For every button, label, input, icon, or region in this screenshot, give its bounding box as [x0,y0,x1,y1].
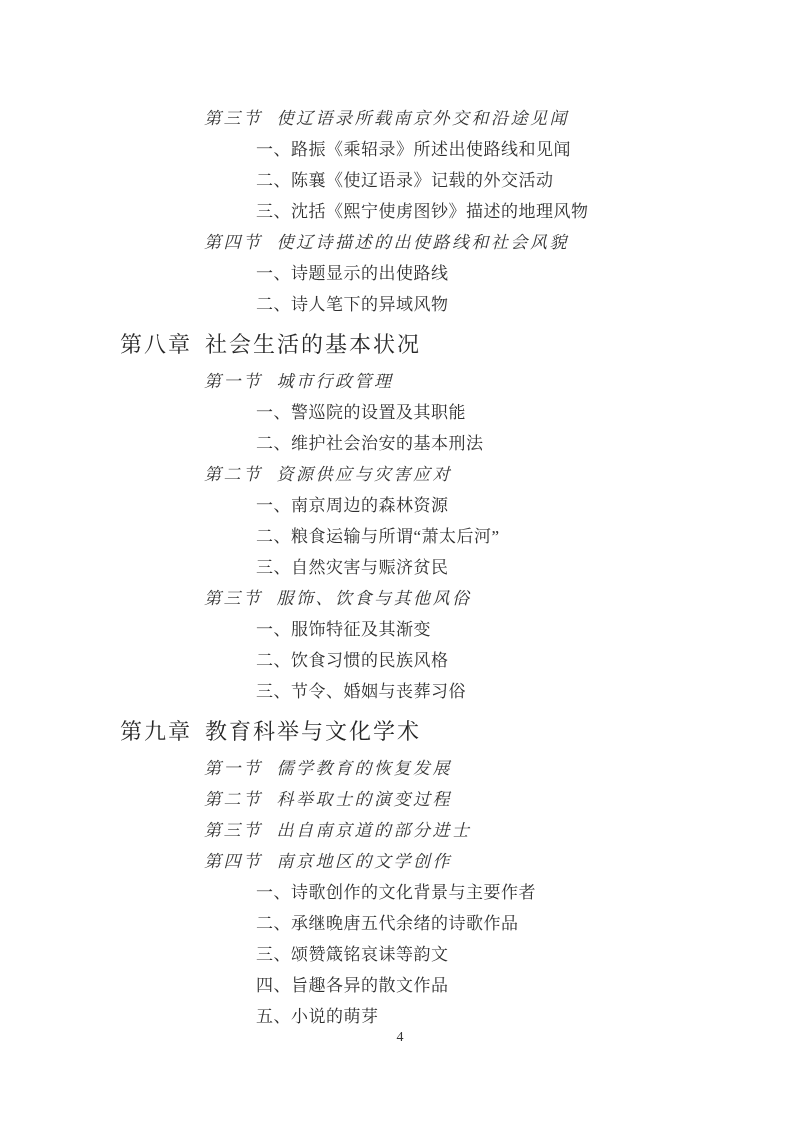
item-text: 一、诗歌创作的文化背景与主要作者 [256,883,536,902]
item-text: 二、承继晚唐五代余绪的诗歌作品 [256,914,519,933]
section-number: 第三节 [204,589,263,608]
toc-item: 三、自然灾害与赈济贫民 [0,552,800,583]
chapter-title: 教育科举与文化学术 [205,719,421,744]
section-title: 城市行政管理 [277,372,394,391]
toc-section: 第四节南京地区的文学创作 [0,846,800,877]
section-number: 第二节 [204,790,263,809]
toc-section: 第四节使辽诗描述的出使路线和社会风貌 [0,227,800,258]
toc-item: 一、警巡院的设置及其职能 [0,397,800,428]
item-text: 四、旨趣各异的散文作品 [256,976,449,995]
item-text: 三、沈括《熙宁使虏图钞》描述的地理风物 [256,202,589,221]
document-page: 第三节使辽语录所载南京外交和沿途见闻一、路振《乘轺录》所述出使路线和见闻二、陈襄… [0,0,800,1132]
toc-section: 第一节儒学教育的恢复发展 [0,753,800,784]
item-text: 一、诗题显示的出使路线 [256,264,449,283]
section-title: 科举取士的演变过程 [277,790,453,809]
toc-chapter: 第九章教育科举与文化学术 [0,713,800,751]
page-number: 4 [0,1030,800,1046]
item-text: 一、南京周边的森林资源 [256,496,449,515]
toc-item: 二、诗人笔下的异域风物 [0,289,800,320]
toc-item: 二、维护社会治安的基本刑法 [0,428,800,459]
toc-item: 一、南京周边的森林资源 [0,490,800,521]
item-text: 二、维护社会治安的基本刑法 [256,434,484,453]
section-title: 资源供应与灾害应对 [277,465,453,484]
toc-section: 第三节出自南京道的部分进士 [0,815,800,846]
section-title: 出自南京道的部分进士 [277,821,472,840]
toc-item: 三、节令、婚姻与丧葬习俗 [0,676,800,707]
toc-item: 二、粮食运输与所谓“萧太后河” [0,521,800,552]
toc-item: 三、颂赞箴铭哀诔等韵文 [0,939,800,970]
section-title: 儒学教育的恢复发展 [277,759,453,778]
toc-item: 四、旨趣各异的散文作品 [0,970,800,1001]
section-number: 第三节 [204,109,263,128]
toc-item: 五、小说的萌芽 [0,1001,800,1032]
item-text: 三、颂赞箴铭哀诔等韵文 [256,945,449,964]
toc-item: 一、路振《乘轺录》所述出使路线和见闻 [0,134,800,165]
toc-item: 一、诗题显示的出使路线 [0,258,800,289]
item-text: 二、诗人笔下的异域风物 [256,295,449,314]
chapter-number: 第九章 [120,719,192,744]
table-of-contents: 第三节使辽语录所载南京外交和沿途见闻一、路振《乘轺录》所述出使路线和见闻二、陈襄… [0,103,800,1032]
chapter-title: 社会生活的基本状况 [205,332,421,357]
item-text: 三、节令、婚姻与丧葬习俗 [256,682,466,701]
item-text: 二、陈襄《使辽语录》记载的外交活动 [256,171,554,190]
item-text: 一、服饰特征及其渐变 [256,620,431,639]
section-number: 第一节 [204,759,263,778]
item-text: 二、饮食习惯的民族风格 [256,651,449,670]
section-number: 第三节 [204,821,263,840]
chapter-number: 第八章 [120,332,192,357]
toc-section: 第二节科举取士的演变过程 [0,784,800,815]
section-number: 第二节 [204,465,263,484]
toc-item: 二、承继晚唐五代余绪的诗歌作品 [0,908,800,939]
section-number: 第一节 [204,372,263,391]
item-text: 二、粮食运输与所谓“萧太后河” [256,527,500,546]
toc-item: 二、饮食习惯的民族风格 [0,645,800,676]
section-title: 服饰、饮食与其他风俗 [277,589,472,608]
section-title: 使辽诗描述的出使路线和社会风貌 [277,233,570,252]
section-title: 使辽语录所载南京外交和沿途见闻 [277,109,570,128]
item-text: 五、小说的萌芽 [256,1007,379,1026]
toc-chapter: 第八章社会生活的基本状况 [0,326,800,364]
toc-section: 第一节城市行政管理 [0,366,800,397]
item-text: 一、警巡院的设置及其职能 [256,403,466,422]
toc-item: 一、服饰特征及其渐变 [0,614,800,645]
section-number: 第四节 [204,233,263,252]
toc-section: 第三节使辽语录所载南京外交和沿途见闻 [0,103,800,134]
section-number: 第四节 [204,852,263,871]
toc-item: 一、诗歌创作的文化背景与主要作者 [0,877,800,908]
section-title: 南京地区的文学创作 [277,852,453,871]
toc-section: 第三节服饰、饮食与其他风俗 [0,583,800,614]
item-text: 三、自然灾害与赈济贫民 [256,558,449,577]
toc-item: 三、沈括《熙宁使虏图钞》描述的地理风物 [0,196,800,227]
item-text: 一、路振《乘轺录》所述出使路线和见闻 [256,140,571,159]
toc-item: 二、陈襄《使辽语录》记载的外交活动 [0,165,800,196]
toc-section: 第二节资源供应与灾害应对 [0,459,800,490]
